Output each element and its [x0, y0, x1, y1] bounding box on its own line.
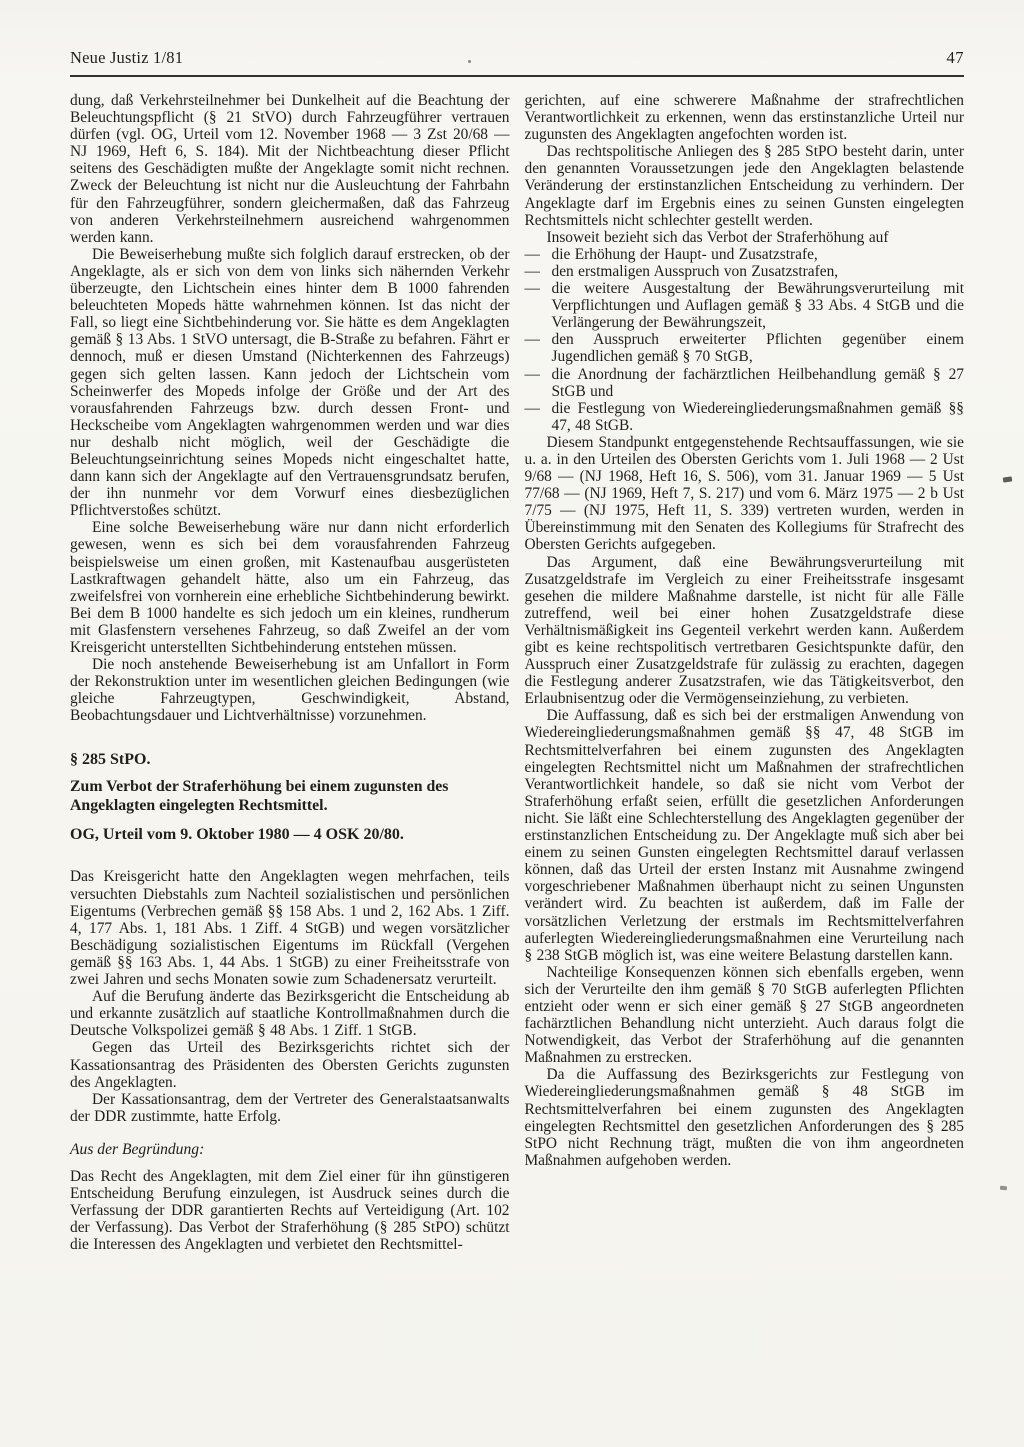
case-section-heading: § 285 StPO. Zum Verbot der Straferhöhung…	[70, 750, 510, 844]
two-column-text: dung, daß Verkehrsteilnehmer bei Dunkelh…	[70, 92, 964, 1253]
dash-bullet: —	[525, 331, 552, 365]
paragraph: Die Auffassung, daß es sich bei der erst…	[525, 707, 965, 963]
scan-speck	[468, 60, 471, 63]
dash-bullet: —	[525, 366, 552, 400]
dash-list: — die Erhöhung der Haupt- und Zusatzstra…	[525, 246, 965, 434]
list-item: — den Ausspruch erweiterter Pflichten ge…	[525, 331, 965, 365]
statute-heading: § 285 StPO.	[70, 750, 510, 769]
paragraph: Das Kreisgericht hatte den Angeklagten w…	[70, 868, 510, 988]
paragraph: Insoweit bezieht sich das Verbot der Str…	[525, 229, 965, 246]
dash-bullet: —	[525, 400, 552, 434]
dash-bullet: —	[525, 263, 552, 280]
paragraph: Das Argument, daß eine Bewährungsverurte…	[525, 554, 965, 708]
page-header: Neue Justiz 1/81 47	[70, 48, 964, 77]
paragraph: Da die Auffassung des Bezirksgerichts zu…	[525, 1066, 965, 1169]
dash-bullet: —	[525, 246, 552, 263]
list-item-text: die weitere Ausgestaltung der Bewährungs…	[552, 280, 965, 331]
paragraph: Diesem Standpunkt entgegenstehende Recht…	[525, 434, 965, 554]
paragraph: Nachteilige Konsequenzen können sich ebe…	[525, 964, 965, 1067]
list-item-text: den Ausspruch erweiterter Pflichten gege…	[552, 331, 965, 365]
list-item-text: den erstmaligen Ausspruch von Zusatzstra…	[552, 263, 965, 280]
list-item: — die Anordnung der fachärztlichen Heilb…	[525, 366, 965, 400]
journal-page: Neue Justiz 1/81 47 dung, daß Verkehrste…	[70, 48, 964, 1253]
list-item: — den erstmaligen Ausspruch von Zusatzst…	[525, 263, 965, 280]
paragraph: Der Kassationsantrag, dem der Vertreter …	[70, 1091, 510, 1125]
list-item-text: die Anordnung der fachärztlichen Heilbeh…	[552, 366, 965, 400]
list-item-text: die Erhöhung der Haupt- und Zusatzstrafe…	[552, 246, 965, 263]
headnote: Zum Verbot der Straferhöhung bei einem z…	[70, 777, 510, 815]
list-item: — die weitere Ausgestaltung der Bewährun…	[525, 280, 965, 331]
paragraph-continuation: dung, daß Verkehrsteilnehmer bei Dunkelh…	[70, 92, 510, 246]
list-item: — die Erhöhung der Haupt- und Zusatzstra…	[525, 246, 965, 263]
list-item-text: die Festlegung von Wiedereingliederungsm…	[552, 400, 965, 434]
right-column: gerichten, auf eine schwerere Maßnahme d…	[525, 92, 965, 1253]
journal-title: Neue Justiz 1/81	[70, 48, 183, 68]
scan-speck	[1003, 476, 1013, 482]
left-column: dung, daß Verkehrsteilnehmer bei Dunkelh…	[70, 92, 510, 1253]
paragraph: Auf die Berufung änderte das Bezirksgeri…	[70, 988, 510, 1039]
page-number: 47	[947, 48, 965, 68]
paragraph: Das rechtspolitische Anliegen des § 285 …	[525, 143, 965, 228]
paragraph: Eine solche Beweiserhebung wäre nur dann…	[70, 519, 510, 656]
list-item: — die Festlegung von Wiedereingliederung…	[525, 400, 965, 434]
scan-speck	[1000, 1186, 1007, 1191]
decision-citation: OG, Urteil vom 9. Oktober 1980 — 4 OSK 2…	[70, 825, 510, 844]
dash-bullet: —	[525, 280, 552, 331]
paragraph: Das Recht des Angeklagten, mit dem Ziel …	[70, 1168, 510, 1253]
paragraph-continuation: gerichten, auf eine schwerere Maßnahme d…	[525, 92, 965, 143]
paragraph: Die Beweiserhebung mußte sich folglich d…	[70, 246, 510, 520]
reasons-heading: Aus der Begründung:	[70, 1141, 510, 1159]
paragraph: Die noch anstehende Beweiserhebung ist a…	[70, 656, 510, 724]
paragraph: Gegen das Urteil des Bezirksgerichts ric…	[70, 1039, 510, 1090]
